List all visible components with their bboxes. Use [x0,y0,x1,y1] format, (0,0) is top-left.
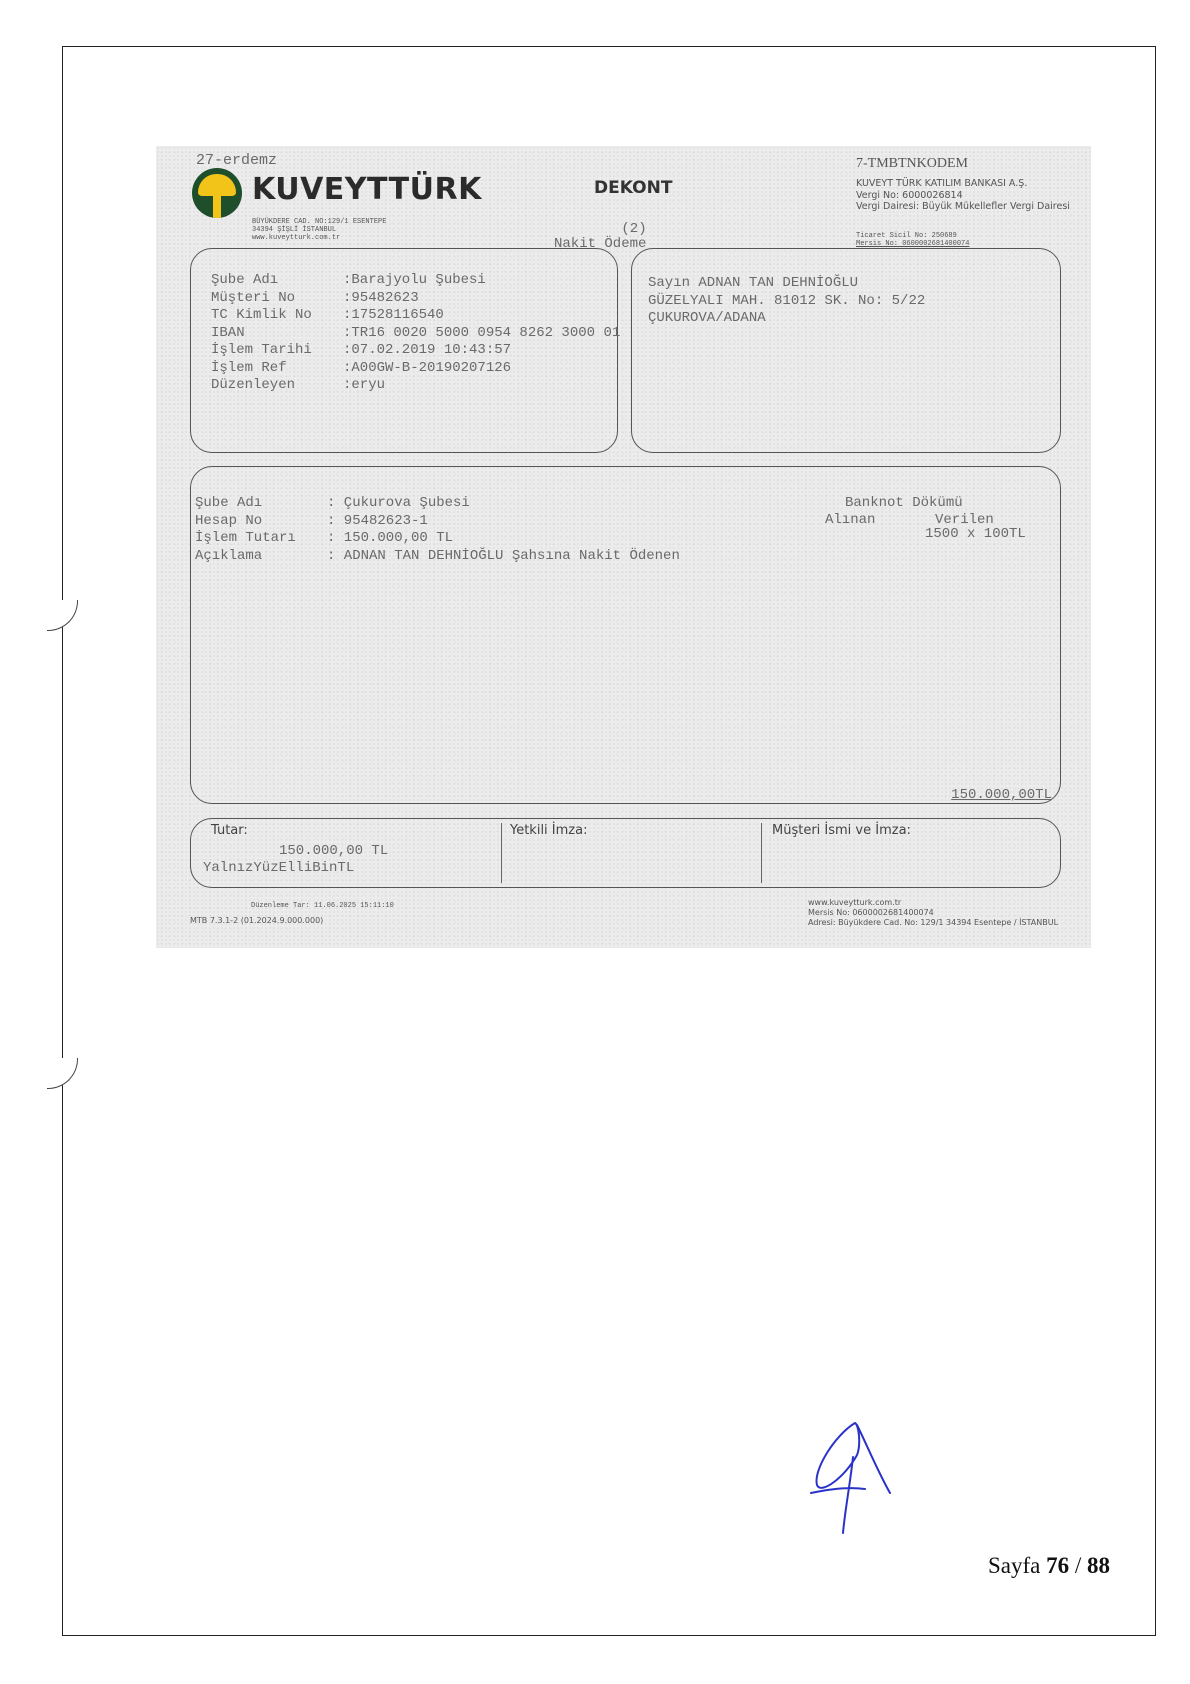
transaction-detail-row: Hesap No: 95482623-1 [195,513,680,531]
transaction-info-row: Düzenleyen:eryu [211,377,620,395]
authorized-signature: Yetkili İmza: [501,823,587,883]
handwritten-signature-icon [805,1415,895,1545]
transaction-info-row: İşlem Tarihi:07.02.2019 10:43:57 [211,342,620,360]
footer-info: www.kuveytturk.com.tr Mersis No: 0600002… [808,898,1058,928]
copy-number: (2) [594,221,674,237]
transaction-info-fields: Şube Adı:Barajyolu ŞubesiMüşteri No:9548… [211,272,620,395]
corp-code: 7-TMBTNKODEM [856,156,968,172]
transaction-detail-row: Şube Adı: Çukurova Şubesi [195,495,680,513]
transaction-detail-row: Açıklama: ADNAN TAN DEHNİOĞLU Şahsına Na… [195,548,680,566]
field-label: İşlem Tarihi [211,342,343,360]
corp-registry: Ticaret Sicil No: 250689 Mersis No: 0600… [856,232,969,248]
field-label: İşlem Ref [211,360,343,378]
transaction-detail-fields: Şube Adı: Çukurova ŞubesiHesap No: 95482… [195,495,680,565]
transaction-info-row: Müşteri No:95482623 [211,290,620,308]
form-code: MTB 7.3.1-2 (01.2024.9.000.000) [190,916,323,925]
field-value: :Barajyolu Şubesi [343,272,486,290]
field-value: :95482623 [343,290,419,308]
document-title: DEKONT [594,178,672,198]
field-value: : ADNAN TAN DEHNİOĞLU Şahsına Nakit Öden… [327,548,680,566]
transaction-detail-row: İşlem Tutarı: 150.000,00 TL [195,530,680,548]
field-label: Şube Adı [211,272,343,290]
page-number: Sayfa 76 / 88 [988,1553,1110,1579]
transaction-info-row: İşlem Ref:A00GW-B-20190207126 [211,360,620,378]
field-value: :07.02.2019 10:43:57 [343,342,511,360]
amount-value: 150.000,00 TL [279,843,388,859]
recipient-box: Sayın ADNAN TAN DEHNİOĞLU GÜZELYALI MAH.… [631,248,1061,453]
field-value: : 150.000,00 TL [327,530,453,548]
field-label: TC Kimlik No [211,307,343,325]
signature-row: Tutar: 150.000,00 TL YalnızYüzElliBinTL … [190,818,1061,888]
field-value: :17528116540 [343,307,444,325]
field-label: İşlem Tutarı [195,530,327,548]
field-label: Düzenleyen [211,377,343,395]
kuveytturk-palm-logo-icon [192,168,242,218]
receipt-scan: 27-erdemz KUVEYTTÜRK BÜYÜKDERE CAD. NO:1… [156,146,1091,948]
detail-total: 150.000,00TL [951,787,1052,803]
field-label: Müşteri No [211,290,343,308]
bank-address: BÜYÜKDERE CAD. NO:129/1 ESENTEPE 34394 Ş… [252,218,386,242]
transaction-info-row: IBAN:TR16 0020 5000 0954 8262 3000 01 [211,325,620,343]
recipient-address: Sayın ADNAN TAN DEHNİOĞLU GÜZELYALI MAH.… [648,275,925,328]
field-label: Açıklama [195,548,327,566]
user-code: 27-erdemz [196,152,277,169]
transaction-info-row: Şube Adı:Barajyolu Şubesi [211,272,620,290]
customer-signature: Müşteri İsmi ve İmza: [761,823,911,883]
field-value: :A00GW-B-20190207126 [343,360,511,378]
amount-words: YalnızYüzElliBinTL [203,860,354,876]
field-value: :eryu [343,377,385,395]
field-value: :TR16 0020 5000 0954 8262 3000 01 [343,325,620,343]
corp-info: KUVEYT TÜRK KATILIM BANKASI A.Ş. Vergi N… [856,178,1070,213]
print-date: Düzenleme Tar: 11.06.2025 15:11:10 [251,902,394,910]
bank-brand: KUVEYTTÜRK [252,172,482,207]
amount-section: Tutar: 150.000,00 TL YalnızYüzElliBinTL [211,823,248,838]
transaction-detail-box: Şube Adı: Çukurova ŞubesiHesap No: 95482… [190,466,1061,804]
transaction-info-row: TC Kimlik No:17528116540 [211,307,620,325]
field-value: : 95482623-1 [327,513,428,531]
field-label: Şube Adı [195,495,327,513]
transaction-info-box: Şube Adı:Barajyolu ŞubesiMüşteri No:9548… [190,248,618,453]
field-value: : Çukurova Şubesi [327,495,470,513]
field-label: IBAN [211,325,343,343]
field-label: Hesap No [195,513,327,531]
